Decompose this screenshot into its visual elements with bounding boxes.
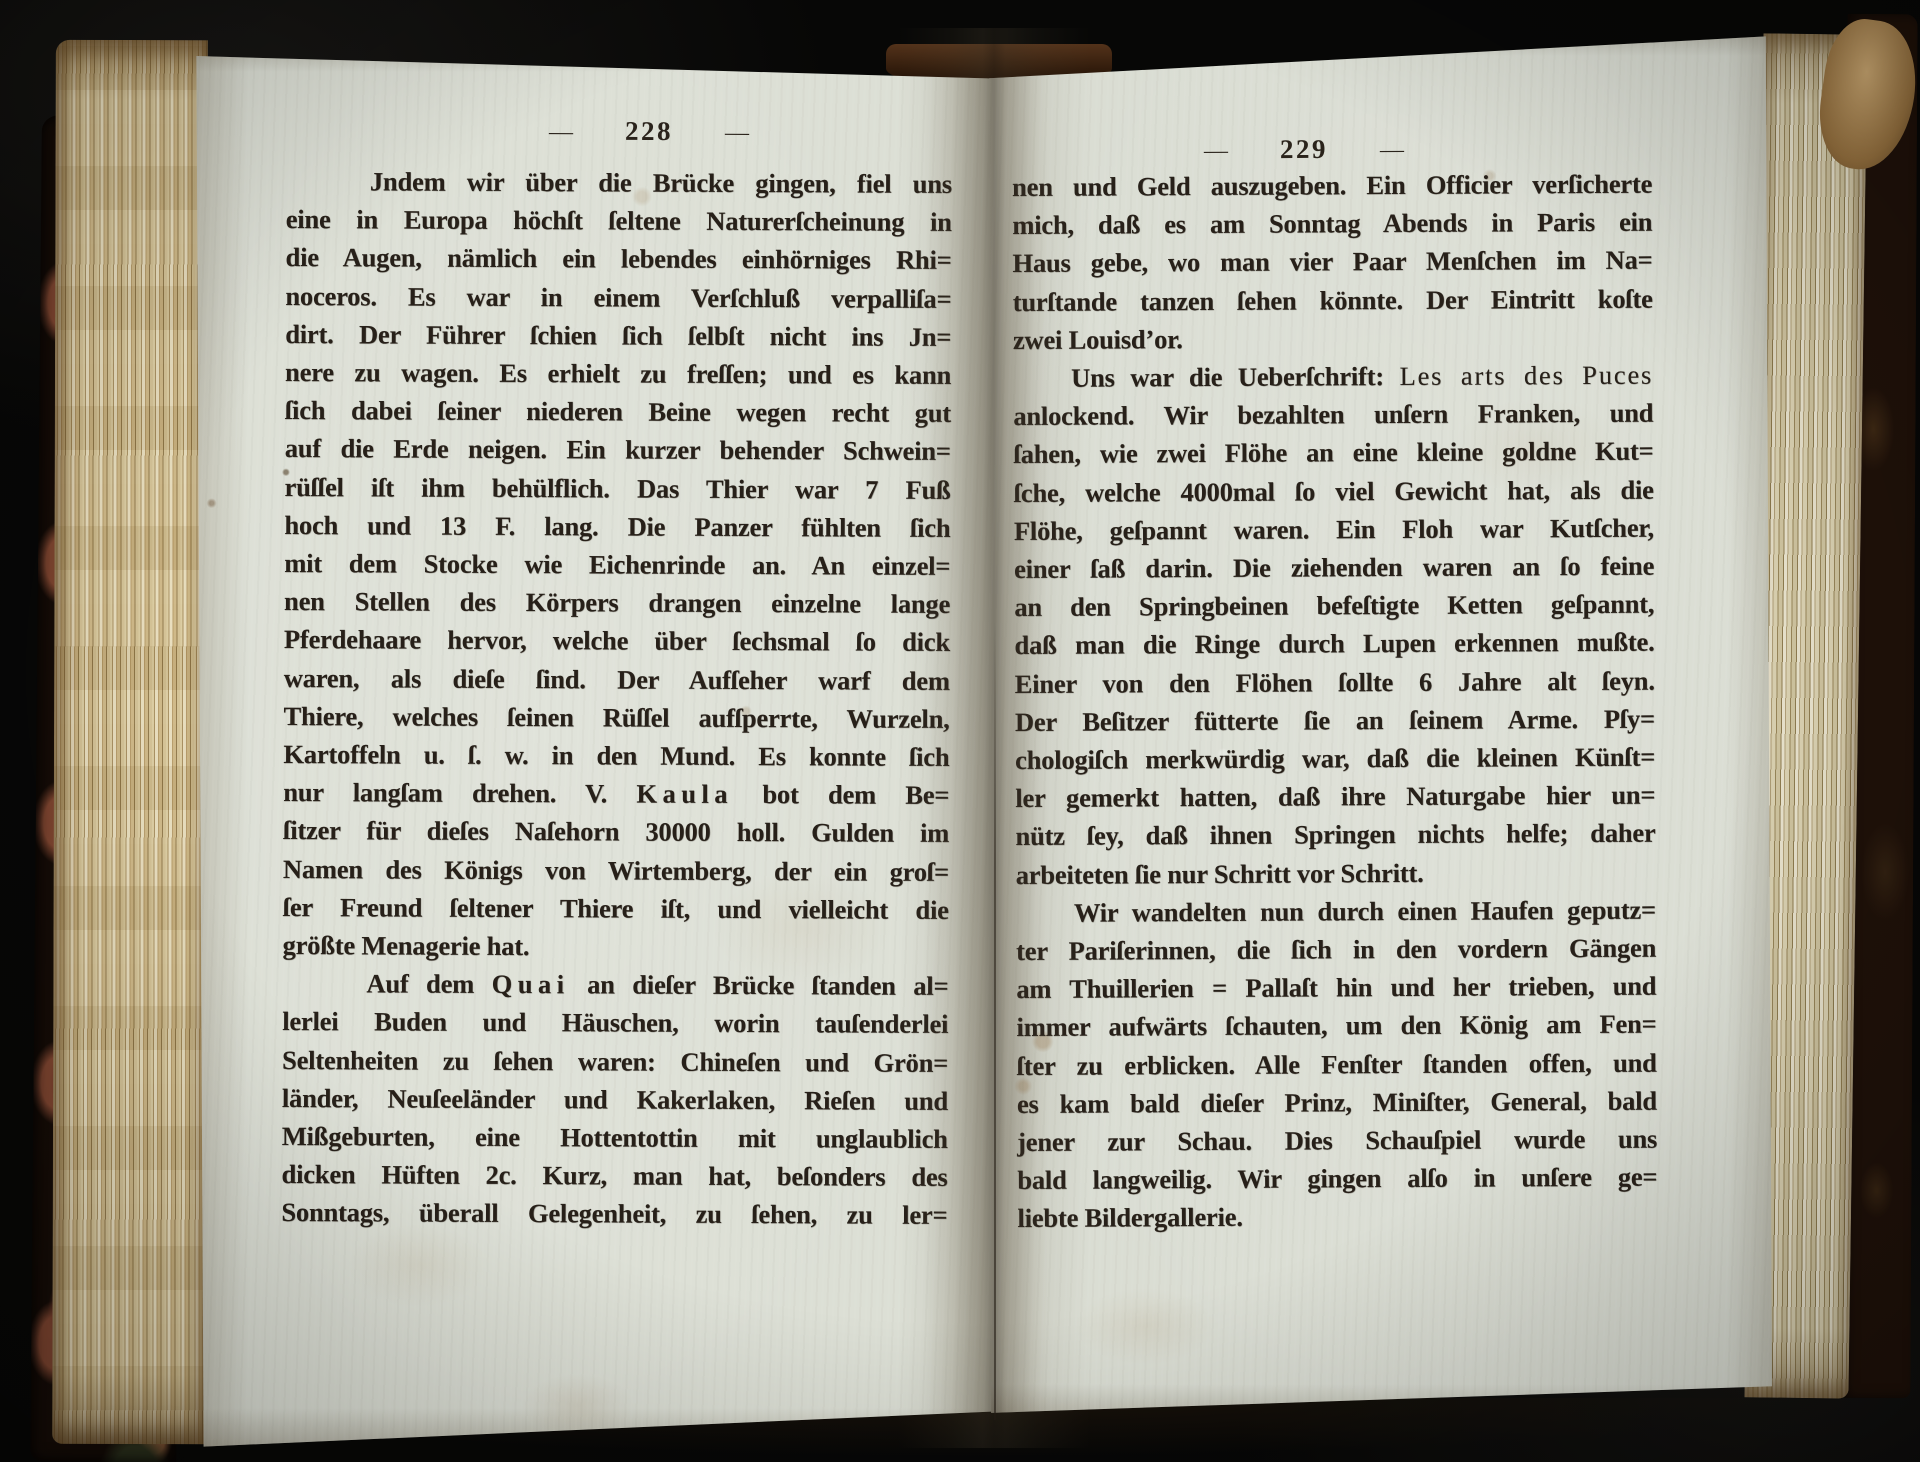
fraktur-text: ſahen, wie zwei Flöhe an eine kleine gol…: [1013, 436, 1653, 469]
text-line: nen und Geld auszugeben. Ein Officier ve…: [1012, 165, 1652, 207]
text-line: waren, als dieſe ſind. Der Aufſeher warf…: [284, 659, 950, 700]
text-line: immer aufwärts ſchauten, um den König am…: [1016, 1005, 1656, 1047]
fraktur-text: Mißgeburten, eine Hottentottin mit ungla…: [282, 1121, 948, 1154]
fraktur-text: immer aufwärts ſchauten, um den König am…: [1016, 1009, 1656, 1042]
fraktur-text: Kartoffeln u. ſ. w. in den Mund. Es konn…: [283, 739, 949, 772]
text-line: noceros. Es war in einem Verſchluß verpa…: [285, 277, 951, 318]
fraktur-text: jener zur Schau. Dies Schauſpiel wurde u…: [1017, 1124, 1657, 1157]
fraktur-text: Seltenheiten zu ſehen waren: Chineſen un…: [282, 1045, 948, 1078]
text-line: mich, daß es am Sonntag Abends in Paris …: [1012, 203, 1652, 245]
fraktur-text: liebte Bildergallerie.: [1017, 1202, 1242, 1233]
fraktur-text: nütz ſey, daß ihnen Springen nichts helf…: [1015, 818, 1655, 851]
left-page: — 228 — Jndem wir über die Brücke gingen…: [194, 42, 994, 1448]
fraktur-text: auf die Erde neigen. Ein kurzer behender…: [285, 433, 951, 466]
fraktur-text: Uns war die Ueberſchrift:: [1071, 361, 1400, 393]
fraktur-text: Flöhe, geſpannt waren. Ein Floh war Kutſ…: [1014, 512, 1654, 545]
text-line: ſer Freund ſeltener Thiere iſt, und viel…: [283, 888, 949, 929]
text-line: turſtande tanzen ſehen könnte. Der Eintr…: [1013, 279, 1653, 321]
fraktur-text: nur langſam drehen. V.: [283, 777, 636, 809]
fraktur-text: noceros. Es war in einem Verſchluß verpa…: [285, 281, 951, 314]
left-page-header: — 228 —: [316, 115, 982, 150]
text-line: Der Beſitzer fütterte ſie an ſeinem Arme…: [1015, 699, 1655, 741]
left-fore-edge-pages: [52, 40, 208, 1444]
fraktur-text: Namen des Königs von Wirtemberg, der ein…: [283, 854, 949, 887]
text-line: nere zu wagen. Es erhielt zu freſſen; un…: [285, 353, 951, 394]
text-line: hoch und 13 F. lang. Die Panzer fühlten …: [284, 506, 950, 547]
text-line: Flöhe, geſpannt waren. Ein Floh war Kutſ…: [1014, 508, 1654, 550]
text-line: lerlei Buden und Häuschen, worin tauſend…: [282, 1002, 948, 1043]
text-line: chologiſch merkwürdig war, daß die klein…: [1015, 738, 1655, 780]
text-line: auf die Erde neigen. Ein kurzer behender…: [285, 429, 951, 470]
text-line: Wir wandelten nun durch einen Haufen gep…: [1016, 890, 1656, 932]
fraktur-text: ſich dabei ſeiner niederen Beine wegen r…: [285, 395, 951, 428]
fraktur-text: anlockend. Wir bezahlten unſern Franken,…: [1013, 398, 1653, 431]
fraktur-text: größte Menagerie hat.: [283, 930, 530, 961]
fraktur-text: waren, als dieſe ſind. Der Aufſeher warf…: [284, 663, 950, 696]
fraktur-text: ter Pariſerinnen, die ſich in den vorder…: [1016, 933, 1656, 966]
text-line: anlockend. Wir bezahlten unſern Franken,…: [1013, 394, 1653, 436]
text-line: jener zur Schau. Dies Schauſpiel wurde u…: [1017, 1120, 1657, 1162]
text-line: an den Springbeinen befeſtigte Ketten ge…: [1014, 585, 1654, 627]
open-book-photo: — 228 — Jndem wir über die Brücke gingen…: [0, 0, 1920, 1462]
text-line: einer ſaß darin. Die ziehenden waren an …: [1014, 547, 1654, 589]
text-line: Thiere, welches ſeinen Rüſſel aufſperrte…: [283, 697, 949, 738]
fraktur-text: an dieſer Brücke ſtanden al=: [570, 970, 949, 1002]
left-page-text: Jndem wir über die Brücke gingen, fiel u…: [281, 162, 952, 1235]
fraktur-text: Thiere, welches ſeinen Rüſſel aufſperrte…: [284, 701, 950, 734]
text-line: liebte Bildergallerie.: [1017, 1196, 1657, 1238]
text-line: Jndem wir über die Brücke gingen, fiel u…: [286, 162, 952, 203]
text-line: ler gemerkt hatten, daß ihre Naturgabe h…: [1015, 776, 1655, 818]
text-line: Kartoffeln u. ſ. w. in den Mund. Es konn…: [283, 735, 949, 776]
fraktur-text: an den Springbeinen befeſtigte Ketten ge…: [1014, 589, 1654, 622]
left-page-number: 228: [625, 116, 673, 146]
text-line: die Augen, nämlich ein lebendes einhörni…: [285, 238, 951, 279]
text-line: länder, Neuſeeländer und Kakerlaken, Rie…: [282, 1079, 948, 1120]
text-line: daß man die Ringe durch Lupen erkennen m…: [1014, 623, 1654, 665]
fraktur-text: rüſſel iſt ihm behülflich. Das Thier war…: [285, 472, 951, 505]
header-dash: —: [1380, 140, 1404, 161]
fraktur-text: länder, Neuſeeländer und Kakerlaken, Rie…: [282, 1083, 948, 1116]
text-line: ter Pariſerinnen, die ſich in den vorder…: [1016, 929, 1656, 971]
text-line: nütz ſey, daß ihnen Springen nichts helf…: [1015, 814, 1655, 856]
fraktur-text: ſter zu erblicken. Alle Fenſter ſtanden …: [1017, 1047, 1657, 1080]
text-line: ſich dabei ſeiner niederen Beine wegen r…: [285, 391, 951, 432]
text-line: dicken Hüften 2c. Kurz, man hat, beſonde…: [281, 1155, 947, 1196]
fraktur-text: Einer von den Flöhen ſollte 6 Jahre alt …: [1015, 665, 1655, 698]
header-dash: —: [725, 123, 749, 144]
text-line: nen Stellen des Körpers drangen einzelne…: [284, 582, 950, 623]
fraktur-text: mich, daß es am Sonntag Abends in Paris …: [1012, 207, 1652, 240]
right-page-number: 229: [1280, 134, 1328, 164]
fraktur-text: einer ſaß darin. Die ziehenden waren an …: [1014, 551, 1654, 584]
fraktur-text: bald langweilig. Wir gingen alſo in unſe…: [1017, 1162, 1657, 1195]
fraktur-text: Quai: [492, 969, 570, 999]
text-line: Haus gebe, wo man vier Paar Menſchen im …: [1012, 241, 1652, 283]
text-line: Namen des Königs von Wirtemberg, der ein…: [283, 850, 949, 891]
fraktur-text: Auf dem: [366, 969, 491, 1000]
fraktur-text: es kam bald dieſer Prinz, Miniſter, Gene…: [1017, 1086, 1657, 1119]
text-line: Pferdehaare hervor, welche über ſechsmal…: [284, 620, 950, 661]
text-line: ſitzer für dieſes Naſehorn 30000 holl. G…: [283, 811, 949, 852]
header-dash: —: [549, 122, 573, 143]
text-line: dirt. Der Führer ſchien ſich ſelbſt nich…: [285, 315, 951, 356]
text-line: Auf dem Quai an dieſer Brücke ſtanden al…: [282, 964, 948, 1005]
right-page: — 229 — nen und Geld auszugeben. Ein Off…: [988, 28, 1772, 1424]
fraktur-text: Pferdehaare hervor, welche über ſechsmal…: [284, 624, 950, 657]
text-line: rüſſel iſt ihm behülflich. Das Thier war…: [284, 468, 950, 509]
fraktur-text: dicken Hüften 2c. Kurz, man hat, beſonde…: [282, 1159, 948, 1192]
text-line: größte Menagerie hat.: [282, 926, 948, 967]
fraktur-text: nere zu wagen. Es erhielt zu freſſen; un…: [285, 357, 951, 390]
antiqua-text: Les arts des Puces: [1399, 360, 1653, 391]
fraktur-text: chologiſch merkwürdig war, daß die klein…: [1015, 742, 1655, 775]
text-line: zwei Louisd’or.: [1013, 317, 1653, 359]
fraktur-text: ſitzer für dieſes Naſehorn 30000 holl. G…: [283, 815, 949, 848]
fraktur-text: hoch und 13 F. lang. Die Panzer fühlten …: [284, 510, 950, 543]
fraktur-text: Der Beſitzer fütterte ſie an ſeinem Arme…: [1015, 703, 1655, 736]
text-line: Sonntags, überall Gelegenheit, zu ſehen,…: [281, 1193, 947, 1234]
fraktur-text: mit dem Stocke wie Eichenrinde an. An ei…: [284, 548, 950, 581]
text-line: Seltenheiten zu ſehen waren: Chineſen un…: [282, 1041, 948, 1082]
fraktur-text: nen Stellen des Körpers drangen einzelne…: [284, 586, 950, 619]
fraktur-text: Jndem wir über die Brücke gingen, fiel u…: [370, 166, 952, 199]
fraktur-text: am Thuillerien = Pallaſt hin und her tri…: [1016, 971, 1656, 1004]
text-line: Einer von den Flöhen ſollte 6 Jahre alt …: [1015, 661, 1655, 703]
text-line: arbeiteten ſie nur Schritt vor Schritt.: [1016, 852, 1656, 894]
header-dash: —: [1204, 141, 1228, 162]
fraktur-text: daß man die Ringe durch Lupen erkennen m…: [1014, 627, 1654, 660]
fraktur-text: dirt. Der Führer ſchien ſich ſelbſt nich…: [285, 319, 951, 352]
fraktur-text: Wir wandelten nun durch einen Haufen gep…: [1074, 894, 1656, 927]
text-line: eine in Europa höchſt ſeltene Naturerſch…: [286, 200, 952, 241]
fraktur-text: ſer Freund ſeltener Thiere iſt, und viel…: [283, 892, 949, 925]
fraktur-text: turſtande tanzen ſehen könnte. Der Eintr…: [1013, 283, 1653, 316]
right-page-header: — 229 —: [984, 132, 1624, 167]
text-line: ſter zu erblicken. Alle Fenſter ſtanden …: [1017, 1043, 1657, 1085]
fraktur-text: ler gemerkt hatten, daß ihre Naturgabe h…: [1015, 780, 1655, 813]
fraktur-text: arbeiteten ſie nur Schritt vor Schritt.: [1016, 858, 1424, 890]
text-line: ſahen, wie zwei Flöhe an eine kleine gol…: [1013, 432, 1653, 474]
fraktur-text: bot dem Be=: [733, 779, 949, 810]
fraktur-text: die Augen, nämlich ein lebendes einhörni…: [286, 242, 952, 275]
fraktur-text: eine in Europa höchſt ſeltene Naturerſch…: [286, 204, 952, 237]
text-line: ſche, welche 4000mal ſo viel Gewicht hat…: [1014, 470, 1654, 512]
text-line: Mißgeburten, eine Hottentottin mit ungla…: [282, 1117, 948, 1158]
text-line: es kam bald dieſer Prinz, Miniſter, Gene…: [1017, 1082, 1657, 1124]
text-line: mit dem Stocke wie Eichenrinde an. An ei…: [284, 544, 950, 585]
fraktur-text: ſche, welche 4000mal ſo viel Gewicht hat…: [1014, 474, 1654, 507]
fraktur-text: nen und Geld auszugeben. Ein Officier ve…: [1012, 169, 1652, 202]
fraktur-text: Sonntags, überall Gelegenheit, zu ſehen,…: [281, 1197, 947, 1230]
fraktur-text: lerlei Buden und Häuschen, worin tauſend…: [282, 1006, 948, 1039]
fraktur-text: Haus gebe, wo man vier Paar Menſchen im …: [1012, 245, 1652, 278]
text-line: bald langweilig. Wir gingen alſo in unſe…: [1017, 1158, 1657, 1200]
text-line: am Thuillerien = Pallaſt hin und her tri…: [1016, 967, 1656, 1009]
text-line: Uns war die Ueberſchrift: Les arts des P…: [1013, 356, 1653, 398]
right-page-text: nen und Geld auszugeben. Ein Officier ve…: [1012, 165, 1658, 1238]
fraktur-text: Kaula: [636, 779, 733, 809]
text-line: nur langſam drehen. V. Kaula bot dem Be=: [283, 773, 949, 814]
fraktur-text: zwei Louisd’or.: [1013, 324, 1183, 355]
